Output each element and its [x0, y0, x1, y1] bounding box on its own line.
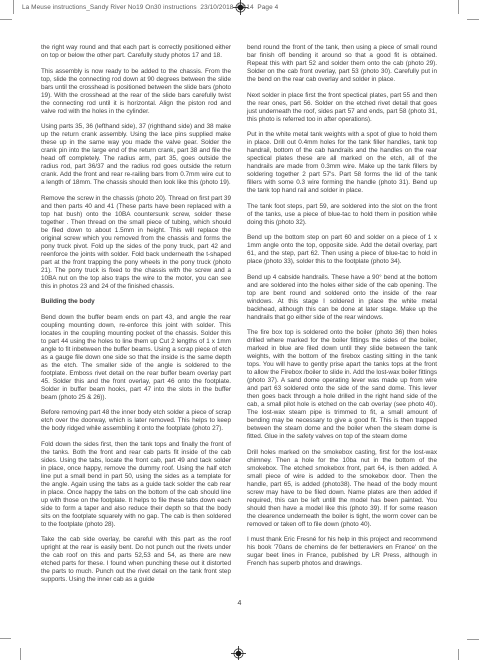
document-page: La Meuse instructions_Sandy River No19 O…: [0, 0, 479, 660]
paragraph: Before removing part 48 the inner body e…: [41, 409, 231, 433]
paragraph: Fold down the sides first, then the tank…: [41, 441, 231, 529]
paragraph: The fire box top is soldered onto the bo…: [247, 329, 437, 441]
text-column-right: bend round the front of the tank, then u…: [247, 44, 437, 584]
paragraph: Using parts 35, 36 (lefthand side), 37 (…: [41, 123, 231, 187]
crop-mark-bottom-left-horizontal: [0, 638, 11, 639]
paragraph: Remove the screw in the chassis (photo 2…: [41, 195, 231, 291]
paragraph: Next solder in place first the front spe…: [247, 92, 437, 124]
paragraph: the right way round and that each part i…: [41, 44, 231, 60]
registration-target-icon: [233, 0, 248, 15]
paragraph: Bend up the bottom step on part 60 and s…: [247, 234, 437, 266]
text-column-left: the right way round and that each part i…: [41, 44, 231, 584]
text-body: the right way round and that each part i…: [41, 44, 437, 584]
paragraph: Bend down the buffer beam ends on part 4…: [41, 314, 231, 402]
section-heading-building-the-body: Building the body: [41, 298, 231, 306]
paragraph: The tank foot steps, part 59, are solder…: [247, 203, 437, 227]
paragraph: Bend up 4 cabside handrails. These have …: [247, 274, 437, 322]
page-number: 4: [0, 600, 479, 607]
crop-mark-bottom-right-horizontal: [467, 639, 479, 640]
paragraph: Drill holes marked on the smokebox casti…: [247, 449, 437, 529]
crop-mark-bottom-left-vertical: [20, 648, 21, 660]
crop-mark-top-left-vertical: [13, 0, 14, 14]
paragraph: Take the cab side overlay, be careful wi…: [41, 536, 231, 584]
crop-mark-top-right-horizontal: [467, 19, 479, 20]
paragraph: Put in the white metal tank weights with…: [247, 131, 437, 195]
paragraph: I must thank Eric Fresné for his help in…: [247, 536, 437, 568]
registration-target-icon: [231, 646, 246, 660]
crop-mark-top-right-vertical: [458, 0, 459, 14]
crop-mark-top-left-horizontal: [0, 19, 12, 20]
paragraph: This assembly is now ready to be added t…: [41, 68, 231, 116]
paragraph: bend round the front of the tank, then u…: [247, 44, 437, 84]
crop-mark-bottom-right-vertical: [458, 649, 459, 660]
